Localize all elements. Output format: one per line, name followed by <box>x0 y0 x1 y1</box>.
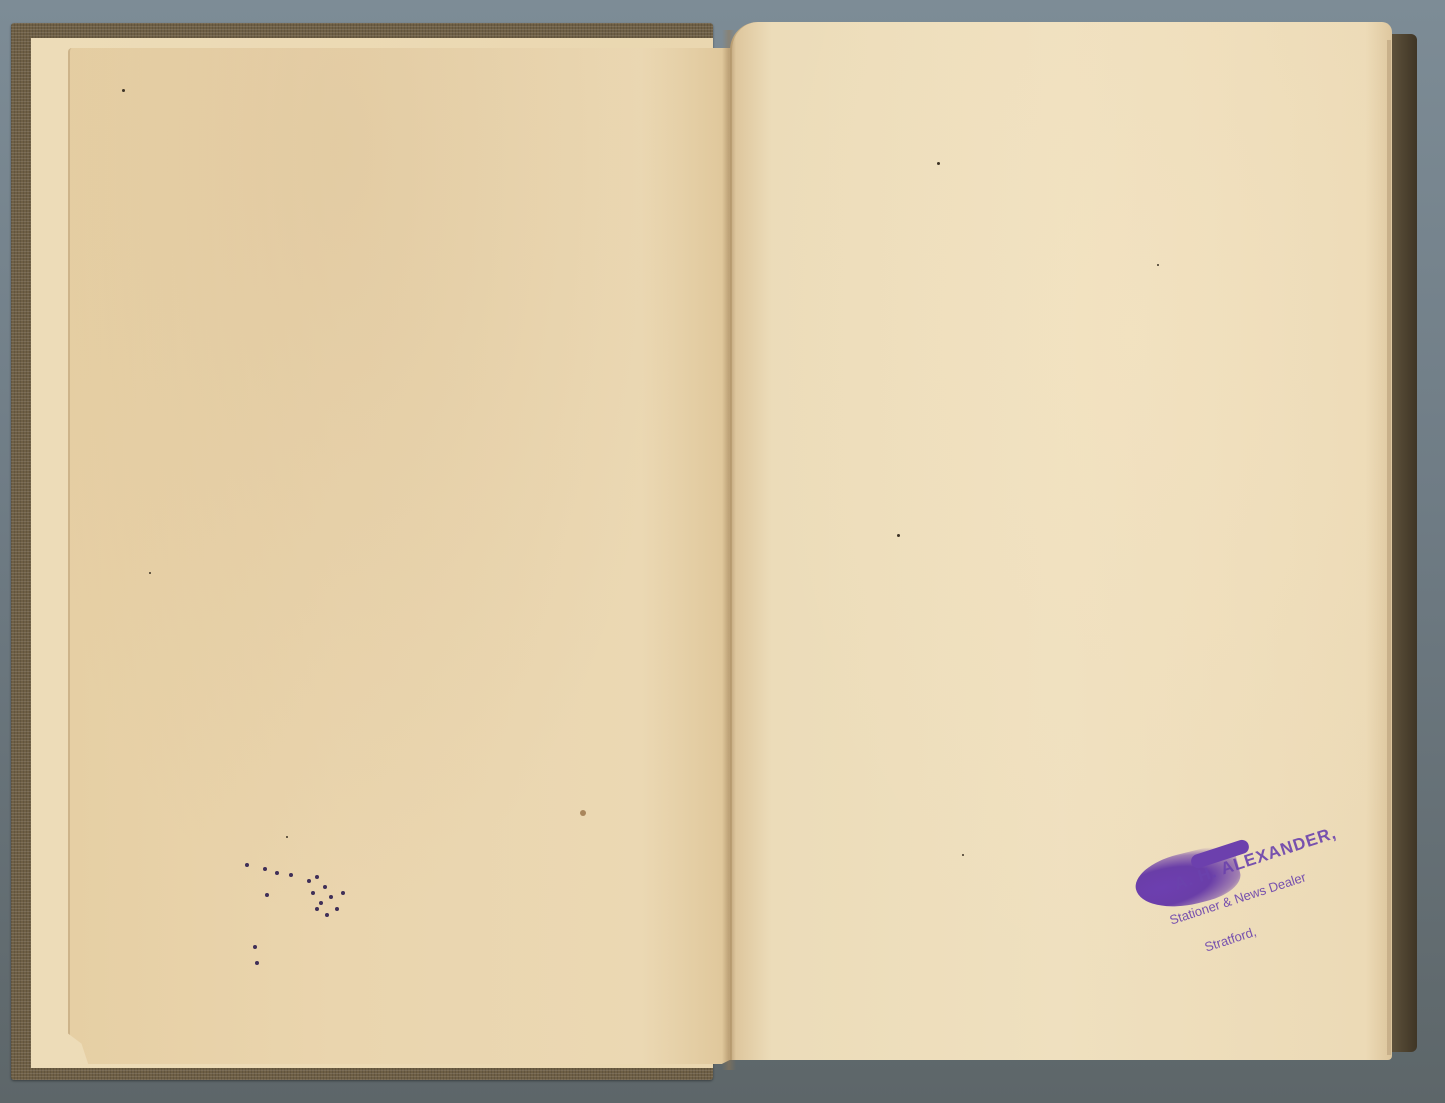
ink-speck <box>897 534 900 537</box>
bookseller-stamp: A. H. ALEXANDER, Stationer & News Dealer… <box>1135 835 1405 965</box>
stain-spot <box>580 810 586 816</box>
ink-speck <box>122 89 125 92</box>
ink-speck <box>1157 264 1159 266</box>
book-gutter <box>722 30 736 1070</box>
ink-speck <box>286 836 288 838</box>
ink-speck <box>962 854 964 856</box>
ink-speck <box>149 572 151 574</box>
stamp-town: Stratford, <box>1203 924 1258 955</box>
left-page <box>68 48 742 1064</box>
ink-speck <box>937 162 940 165</box>
ink-smudge <box>245 855 355 965</box>
